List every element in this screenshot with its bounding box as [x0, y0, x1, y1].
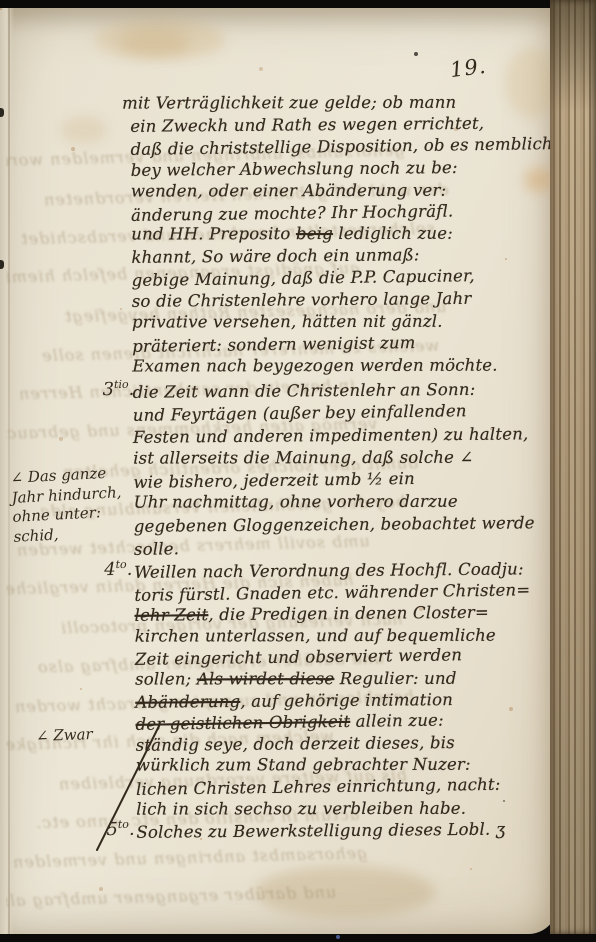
- paper-stain: [120, 30, 190, 56]
- text-line: mit Verträglichkeit zue gelde; ob mann: [122, 91, 552, 114]
- text-line: Uhr nachmittag, ohne vorhero darzue: [134, 491, 535, 514]
- text-line: sollen; Als wirdet diese Regulier: und: [135, 668, 531, 691]
- text-line: lichen Christen Lehres einrichtung, nach…: [136, 773, 532, 800]
- text-line: lich in sich sechso zu verbleiben habe.: [136, 797, 532, 820]
- paragraph-number: 4to.: [104, 558, 132, 580]
- text-line: Examen nach beygezogen werden möchte.: [132, 354, 554, 377]
- fore-edge-shading: [550, 0, 596, 934]
- text-line: wenden, oder einer Abänderung ver:: [131, 179, 553, 202]
- text-line: würklich zum Stand gebrachter Nuzer:: [136, 754, 532, 777]
- paper-stain: [60, 116, 108, 144]
- manuscript-page: gehorsambst anbringen und vermelden word…: [0, 8, 558, 934]
- paragraph-number: 5to.: [106, 818, 134, 840]
- struck-text: Als wirdet diese: [197, 669, 334, 688]
- struck-text: der geistlichen Obrigkeit: [135, 712, 350, 734]
- margin-note-line: ∠ Zwar: [36, 725, 93, 746]
- paragraph: 3tio.die Zeit wann die Christenlehr an S…: [133, 378, 535, 560]
- paragraph: 5to.Solches zu Bewerkstelligung dieses L…: [136, 819, 505, 844]
- struck-text: beig: [296, 224, 333, 243]
- manuscript-text-block: mit Verträglichkeit zue gelde; ob mannei…: [130, 90, 550, 94]
- page-number: 19.: [449, 54, 488, 82]
- margin-note-insertion: ∠ Das ganzeJahr hindurch,ohne unter:schi…: [10, 463, 124, 547]
- paragraph-number: 3tio.: [102, 378, 134, 400]
- text-line: solle.: [134, 533, 535, 561]
- text-line: und HH. Preposito beig lediglich zue:: [131, 223, 553, 246]
- foxing-speckles: [0, 8, 2, 10]
- struck-text: Abänderung: [135, 691, 240, 711]
- text-line: Festen und anderen impedimenten) zu halt…: [133, 423, 534, 449]
- paragraph: mit Verträglichkeit zue gelde; ob mannei…: [130, 90, 555, 378]
- text-line: lehr Zeit, die Predigen in denen Closter…: [134, 602, 530, 627]
- manuscript-photo: gehorsambst anbringen und vermelden word…: [0, 0, 596, 942]
- struck-text: lehr Zeit: [134, 605, 208, 625]
- text-line: so die Christenlehre vorhero lange Jahr: [132, 287, 555, 313]
- bleed-through-line: und darüber ergangener umbfrag also: [6, 884, 336, 909]
- text-line: ständig seye, doch derzeit dieses, bis: [136, 731, 532, 756]
- text-line: Solches zu Bewerkstelligung dieses Lobl.…: [136, 819, 505, 844]
- edge-nick: [0, 108, 4, 117]
- margin-note-zwar: ∠ Zwar: [36, 725, 93, 746]
- paragraph: 4to.Weillen nach Verordnung des Hochfl. …: [134, 558, 532, 821]
- bleed-through-line: gehorsambst anbringen und vermelden: [12, 845, 368, 870]
- text-line: bey welcher Abwechslung noch zu be:: [131, 156, 554, 182]
- edge-nick: [0, 260, 4, 269]
